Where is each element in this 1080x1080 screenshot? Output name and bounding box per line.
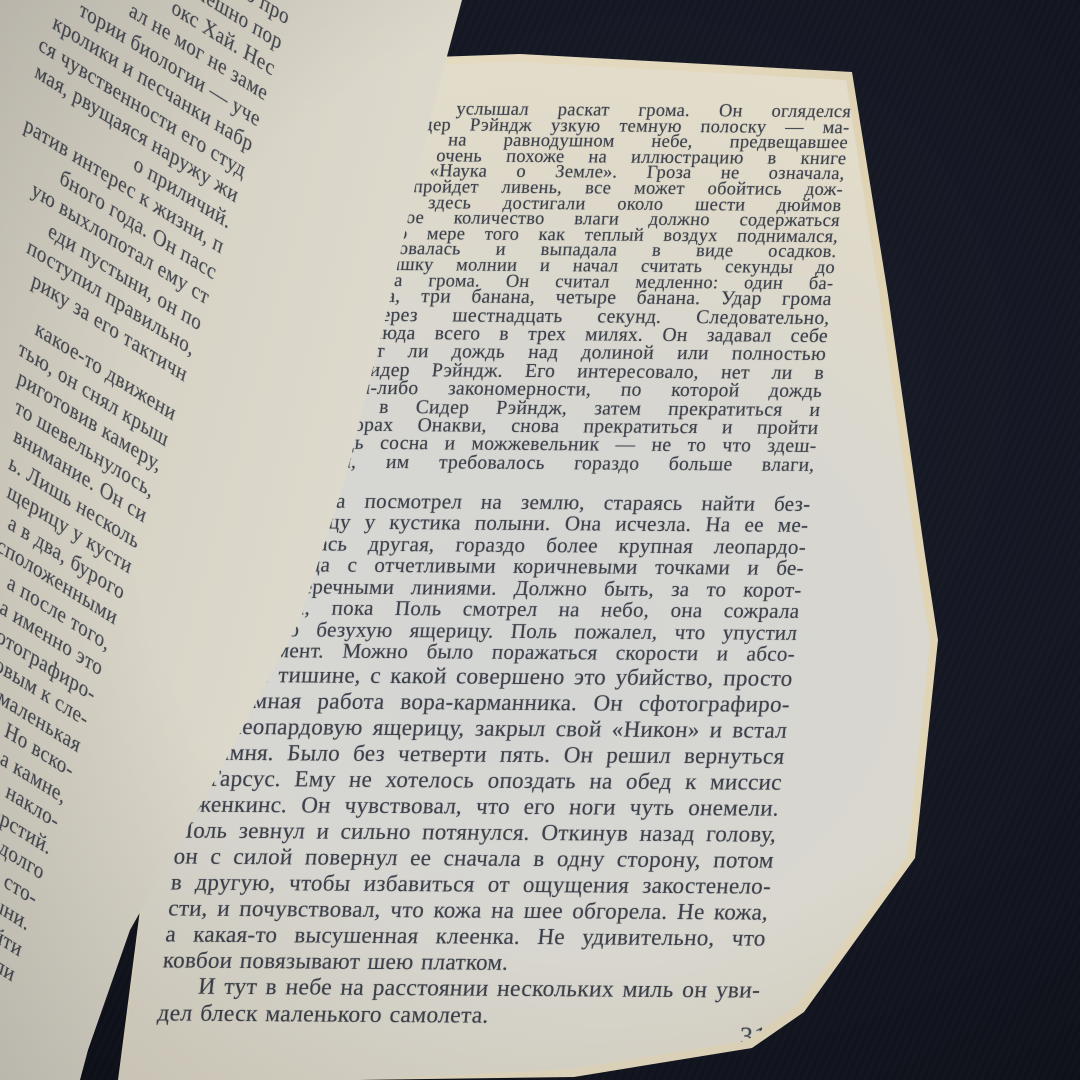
text-line: бесшумная работа вора-карманника. Он сфо…	[189, 687, 792, 717]
text-line: в Тарсус. Ему не хотелось опоздать на об…	[181, 765, 784, 795]
book-photo: И тут Поль услышал раскат грома. Он огля…	[0, 0, 1080, 1080]
text-line: а какая-то высушенная клеенка. Не удивит…	[164, 921, 767, 951]
text-line: И тут в небе на расстоянии нескольких ми…	[159, 973, 762, 1004]
text-line: ковбои повязывают шею платком.	[162, 947, 765, 977]
text-line: вал леопардовую ящерицу, закрыл свой «Ни…	[186, 713, 789, 743]
text-line: лютной тишине, с какой совершено это уби…	[191, 661, 794, 691]
text-line: в другую, чтобы избавиться от ощущения з…	[170, 869, 773, 899]
text-line: с камня. Было без четверти пять. Он реши…	[183, 739, 786, 769]
text-line: он с силой повернул ее сначала в одну ст…	[173, 843, 776, 873]
text-line: Дженкинс. Он чувствовал, что его ноги чу…	[178, 791, 781, 821]
text-line: сти, и почувствовал, что кожа на шее обг…	[167, 895, 770, 925]
text-line: дел блеск маленького самолета.	[156, 1000, 759, 1031]
paragraph: И тут в небе на расстоянии нескольких ми…	[156, 973, 762, 1031]
text-line: Поль зевнул и сильно потянулся. Откинув …	[175, 817, 778, 847]
